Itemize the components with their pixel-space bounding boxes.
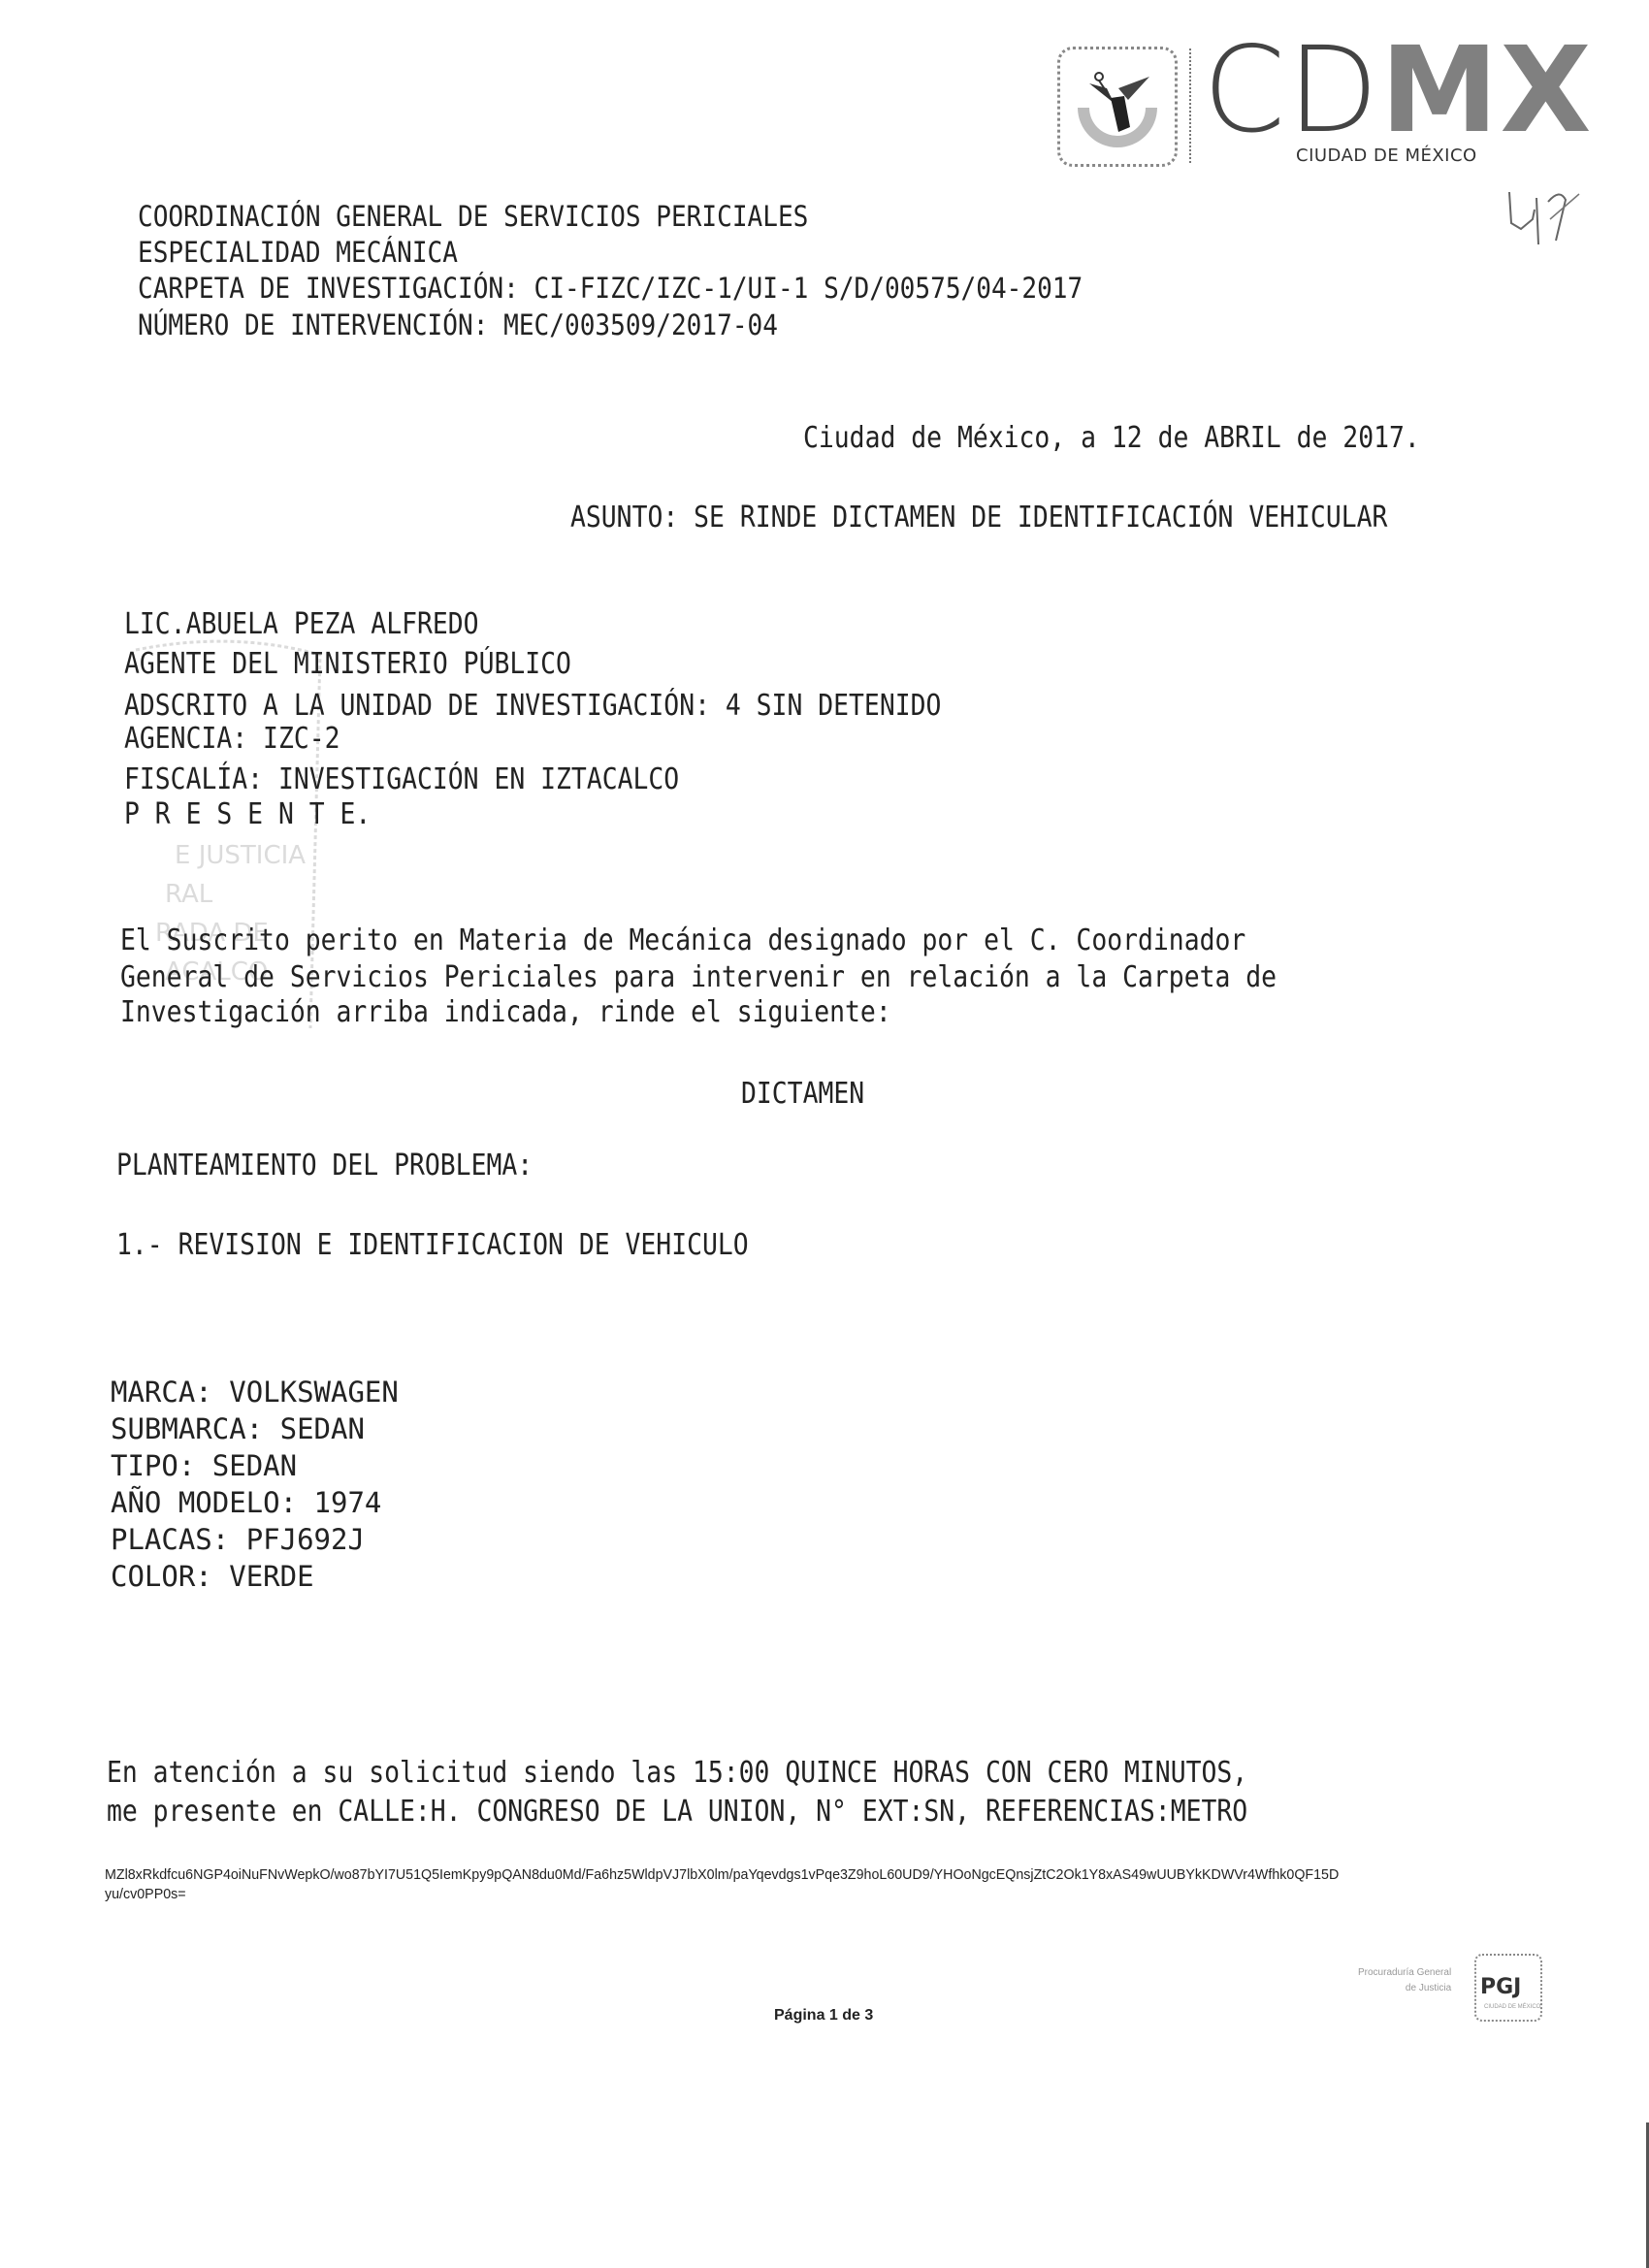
vehicle-label: PLACAS: (111, 1523, 229, 1556)
addressee-role: AGENTE DEL MINISTERIO PÚBLICO (124, 647, 571, 681)
pgj-logo-subtitle: CIUDAD DE MÉXICO (1484, 2004, 1540, 2010)
digital-signature-line-2: yu/cv0PP0s= (105, 1886, 186, 1902)
addressee-name: LIC.ABUELA PEZA ALFREDO (124, 607, 479, 641)
dictamen-title: DICTAMEN (741, 1077, 864, 1111)
pgj-label-line-1: Procuraduría General (1358, 1965, 1451, 1981)
logo-divider (1189, 49, 1191, 163)
vehicle-label: TIPO: (111, 1449, 195, 1482)
svg-text:E JUSTICIA: E JUSTICIA (175, 841, 306, 870)
pgj-label-line-2: de Justicia (1358, 1981, 1451, 1996)
vehicle-row-tipo: TIPO: SEDAN (111, 1449, 297, 1482)
page-number: Página 1 de 3 (774, 2007, 873, 2025)
vehicle-row-brand: MARCA: VOLKSWAGEN (111, 1376, 399, 1409)
vehicle-value: 1974 (314, 1486, 382, 1519)
date-line: Ciudad de México, a 12 de ABRIL de 2017. (803, 421, 1420, 455)
header-case-folder: CARPETA DE INVESTIGACIÓN: CI-FIZC/IZC-1/… (138, 272, 1083, 305)
cdmx-logo-mx: MX (1380, 21, 1593, 159)
intro-line-3: Investigación arriba indicada, rinde el … (120, 995, 891, 1029)
attention-line-1: En atención a su solicitud siendo las 15… (107, 1756, 1247, 1790)
pgj-label: Procuraduría General de Justicia (1358, 1965, 1451, 1996)
vehicle-row-submarca: SUBMARCA: SEDAN (111, 1412, 365, 1445)
vehicle-value: VOLKSWAGEN (229, 1376, 399, 1409)
vehicle-row-color: COLOR: VERDE (111, 1560, 314, 1593)
vehicle-value: SEDAN (212, 1449, 297, 1482)
addressee-fiscalia: FISCALÍA: INVESTIGACIÓN EN IZTACALCO (124, 762, 679, 796)
vehicle-value: VERDE (229, 1560, 313, 1593)
vehicle-label: MARCA: (111, 1376, 212, 1409)
vehicle-row-plates: PLACAS: PFJ692J (111, 1523, 365, 1556)
header-intervention-number: NÚMERO DE INTERVENCIÓN: MEC/003509/2017-… (138, 308, 778, 341)
vehicle-label: AÑO MODELO: (111, 1486, 297, 1519)
addressee-agency: AGENCIA: IZC-2 (124, 722, 340, 756)
angel-icon (1060, 49, 1175, 164)
problem-item: 1.- REVISION E IDENTIFICACION DE VEHICUL… (116, 1228, 749, 1262)
intro-line-1: El Suscrito perito en Materia de Mecánic… (120, 923, 1245, 957)
addressee-unit: ADSCRITO A LA UNIDAD DE INVESTIGACIÓN: 4… (124, 689, 941, 723)
intro-line-2: General de Servicios Periciales para int… (120, 960, 1277, 994)
subject-line: ASUNTO: SE RINDE DICTAMEN DE IDENTIFICAC… (570, 501, 1387, 535)
vehicle-row-model-year: AÑO MODELO: 1974 (111, 1486, 381, 1519)
cdmx-logo-cd: CD (1203, 21, 1380, 159)
vehicle-label: SUBMARCA: (111, 1412, 263, 1445)
digital-signature-line-1: MZl8xRkdfcu6NGP4oiNuFNvWepkO/wo87bYI7U51… (105, 1866, 1339, 1883)
logo-subtitle: CIUDAD DE MÉXICO (1296, 146, 1477, 166)
addressee-presente: P R E S E N T E. (124, 797, 371, 831)
svg-text:RAL: RAL (165, 880, 213, 909)
handwritten-page-number (1505, 184, 1583, 256)
cdmx-logo: CDMX (1203, 21, 1594, 159)
cdmx-emblem (1057, 47, 1178, 167)
pgj-logo: PGJ (1480, 1975, 1521, 1999)
attention-line-2: me presente en CALLE:H. CONGRESO DE LA U… (107, 1795, 1247, 1829)
vehicle-value: SEDAN (280, 1412, 365, 1445)
vehicle-value: PFJ692J (246, 1523, 365, 1556)
vehicle-label: COLOR: (111, 1560, 212, 1593)
header-coordination: COORDINACIÓN GENERAL DE SERVICIOS PERICI… (138, 200, 808, 233)
header-specialty: ESPECIALIDAD MECÁNICA (138, 236, 458, 269)
problem-heading: PLANTEAMIENTO DEL PROBLEMA: (116, 1149, 533, 1183)
